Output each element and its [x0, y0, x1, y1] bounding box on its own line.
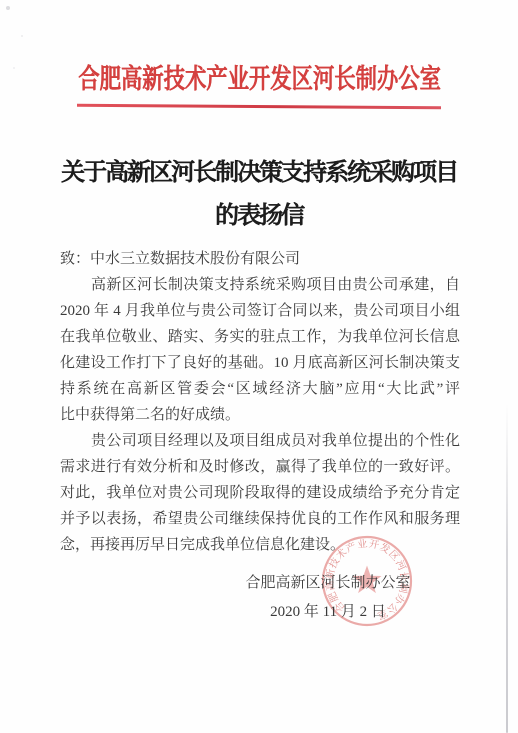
scan-edge-line — [506, 0, 508, 733]
body-line: 贵公司项目经理以及项目组成员对我单位提出的个性化 — [60, 428, 460, 454]
letterhead-office-name: 合肥高新技术产业开发区河长制办公室 — [78, 58, 441, 100]
body-line: 比中获得第二名的好成绩。 — [60, 402, 460, 428]
letter-body: 致：中水三立数据技术股份有限公司 高新区河长制决策支持系统采购项目由贵公司承建，… — [60, 246, 460, 558]
document-title: 关于高新区河长制决策支持系统采购项目 的表扬信 — [0, 152, 518, 238]
body-line: 并予以表扬，希望贵公司继续保持优良的工作作风和服务理 — [60, 506, 460, 532]
signature-block: 合肥高新区河长制办公室 2020 年 11 月 2 日 — [238, 569, 418, 627]
body-line: 2020 年 4 月我单位与贵公司签订合同以来，贵公司项目小组 — [60, 298, 460, 324]
body-line: 持系统在高新区管委会“区域经济大脑”应用“大比武”评 — [60, 376, 460, 402]
recipient-line: 致：中水三立数据技术股份有限公司 — [60, 246, 460, 272]
letterhead: 合肥高新技术产业开发区河长制办公室 — [0, 58, 518, 100]
body-line: 高新区河长制决策支持系统采购项目由贵公司承建，自 — [60, 272, 460, 298]
letterhead-rule — [77, 104, 441, 110]
body-line: 在我单位敬业、踏实、务实的驻点工作，为我单位河长信息 — [60, 324, 460, 350]
paragraph-1: 高新区河长制决策支持系统采购项目由贵公司承建，自 2020 年 4 月我单位与贵… — [60, 272, 460, 428]
document-title-line2: 的表扬信 — [0, 195, 518, 238]
body-line: 需求进行有效分析和及时修改，赢得了我单位的一致好评。 — [60, 454, 460, 480]
body-line: 对此，我单位对贵公司现阶段取得的建设成绩给予充分肯定 — [60, 480, 460, 506]
document-title-line1: 关于高新区河长制决策支持系统采购项目 — [0, 152, 518, 195]
signature-office: 合肥高新区河长制办公室 — [238, 569, 418, 598]
scan-speckles — [6, 6, 10, 10]
letter-page: 合肥高新技术产业开发区河长制办公室 关于高新区河长制决策支持系统采购项目 的表扬… — [0, 0, 518, 733]
signature-date: 2020 年 11 月 2 日 — [238, 598, 418, 627]
body-line: 化建设工作打下了良好的基础。10 月底高新区河长制决策支 — [60, 350, 460, 376]
